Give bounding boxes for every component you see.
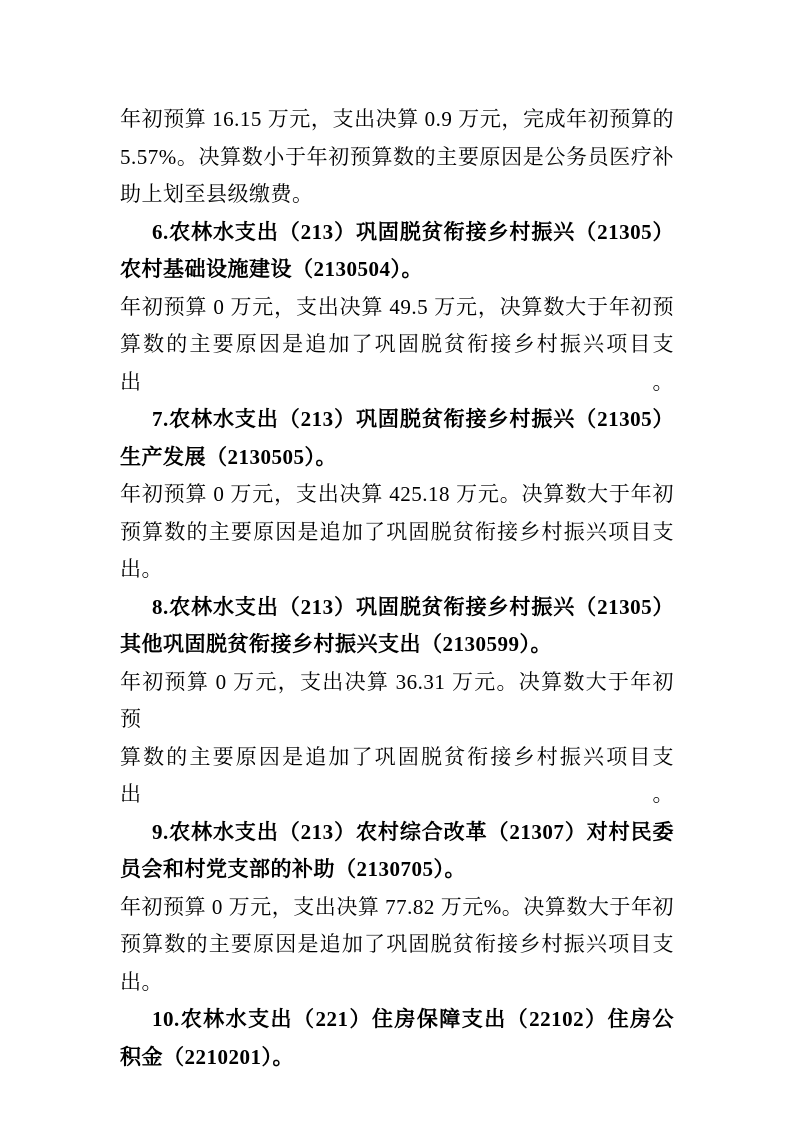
body-line: 年初预算 0 万元，支出决算 49.5 万元，决算数大于年初预	[120, 289, 674, 327]
document-text-block: 年初预算 16.15 万元，支出决算 0.9 万元，完成年初预算的 5.57%。…	[120, 101, 674, 1076]
section-heading-line: 员会和村党支部的补助（2130705）。	[120, 851, 674, 889]
body-line: 5.57%。决算数小于年初预算数的主要原因是公务员医疗补	[120, 139, 674, 177]
section-heading-line: 9.农林水支出（213）农村综合改革（21307）对村民委	[120, 814, 674, 852]
body-line: 助上划至县级缴费。	[120, 176, 674, 214]
body-line: 年初预算 16.15 万元，支出决算 0.9 万元，完成年初预算的	[120, 101, 674, 139]
body-line: 出。	[120, 964, 674, 1002]
section-heading-line: 积金（2210201）。	[120, 1039, 674, 1077]
section-heading-line: 其他巩固脱贫衔接乡村振兴支出（2130599）。	[120, 626, 674, 664]
section-heading-line: 农村基础设施建设（2130504）。	[120, 251, 674, 289]
section-heading-line: 10.农林水支出（221）住房保障支出（22102）住房公	[120, 1001, 674, 1039]
section-heading-line: 8.农林水支出（213）巩固脱贫衔接乡村振兴（21305）	[120, 589, 674, 627]
section-heading-line: 7.农林水支出（213）巩固脱贫衔接乡村振兴（21305）	[120, 401, 674, 439]
body-line: 年初预算 0 万元，支出决算 77.82 万元%。决算数大于年初	[120, 889, 674, 927]
body-line: 算数的主要原因是追加了巩固脱贫衔接乡村振兴项目支出。	[120, 326, 674, 401]
body-line: 年初预算 0 万元，支出决算 36.31 万元。决算数大于年初预	[120, 664, 674, 739]
section-heading-line: 生产发展（2130505）。	[120, 439, 674, 477]
body-line: 出。	[120, 551, 674, 589]
section-heading-line: 6.农林水支出（213）巩固脱贫衔接乡村振兴（21305）	[120, 214, 674, 252]
body-line: 预算数的主要原因是追加了巩固脱贫衔接乡村振兴项目支	[120, 926, 674, 964]
body-line: 算数的主要原因是追加了巩固脱贫衔接乡村振兴项目支出。	[120, 739, 674, 814]
body-line: 预算数的主要原因是追加了巩固脱贫衔接乡村振兴项目支	[120, 514, 674, 552]
body-line: 年初预算 0 万元，支出决算 425.18 万元。决算数大于年初	[120, 476, 674, 514]
document-page: 年初预算 16.15 万元，支出决算 0.9 万元，完成年初预算的 5.57%。…	[0, 0, 793, 1122]
